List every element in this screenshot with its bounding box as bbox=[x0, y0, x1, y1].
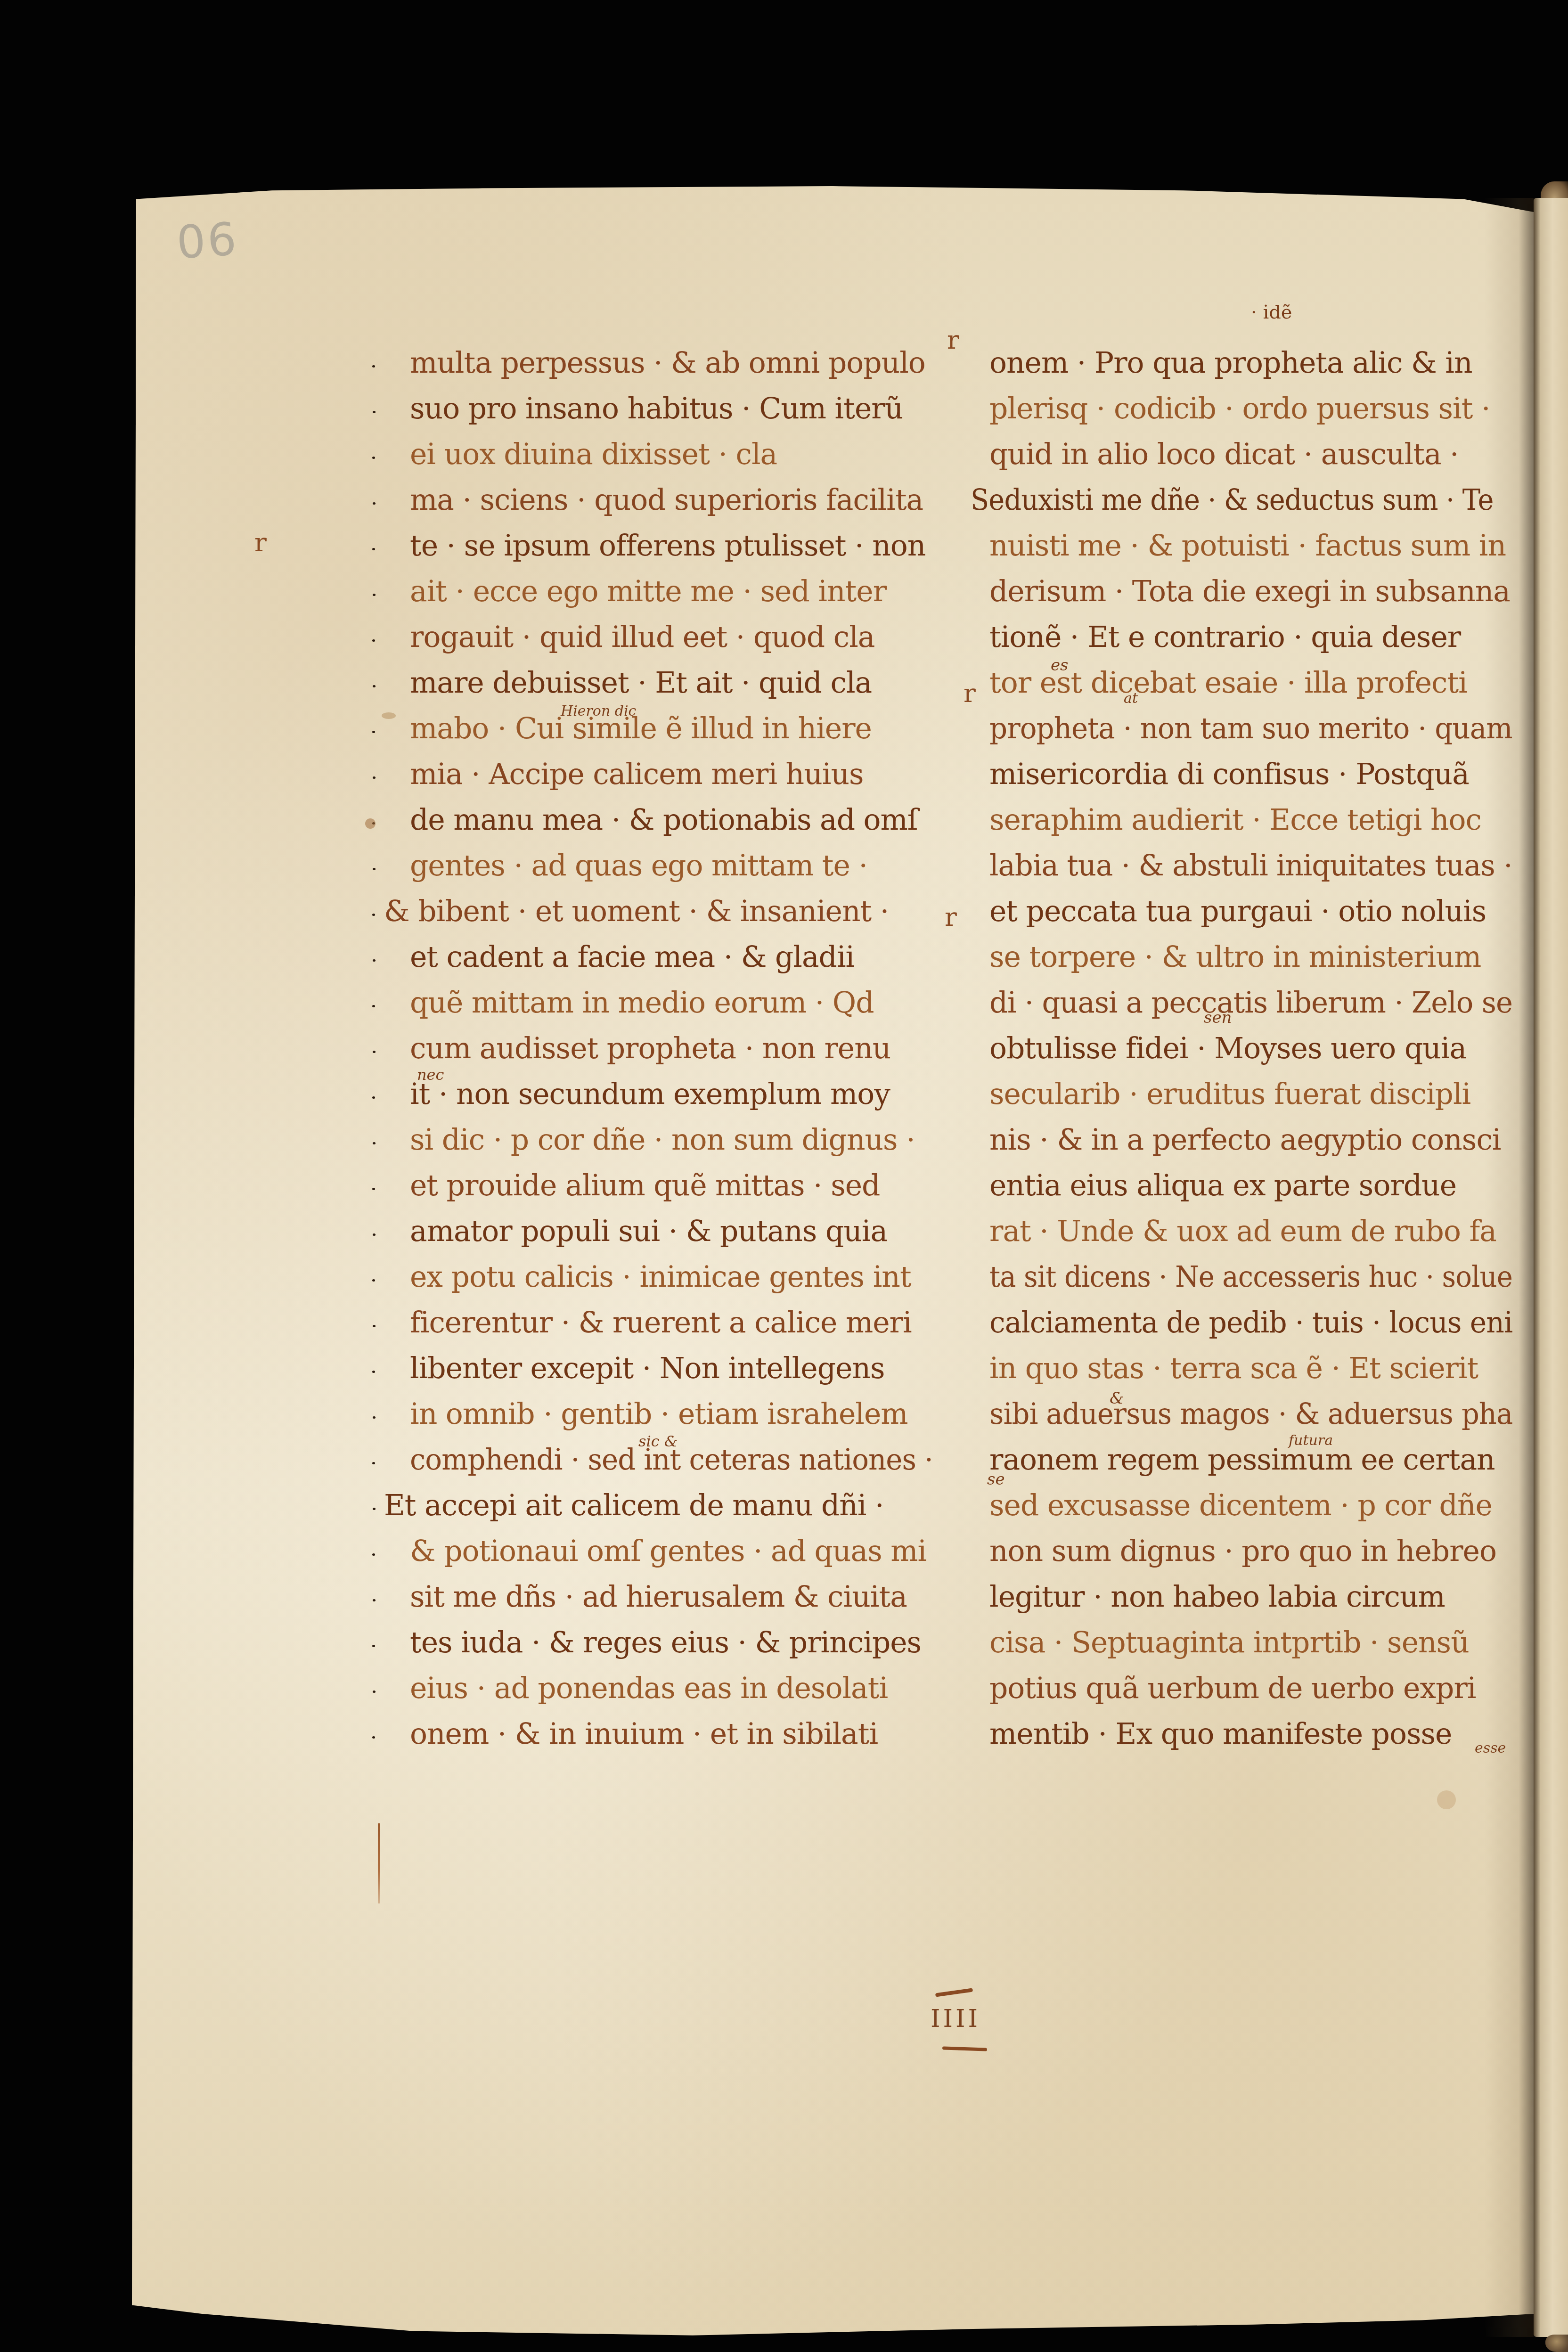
manuscript-line: cisa · Septuaginta intprtib · sensũ bbox=[989, 1624, 1512, 1661]
interlinear-gloss: es bbox=[1051, 656, 1069, 675]
pricking-hole bbox=[372, 1005, 375, 1007]
pricking-hole bbox=[372, 548, 375, 550]
manuscript-line: plerisq · codicib · ordo puersus sit · bbox=[989, 390, 1512, 427]
manuscript-line: mia · Accipe calicem meri huius bbox=[410, 755, 933, 793]
pricking-hole bbox=[372, 1371, 375, 1373]
interlinear-gloss: & bbox=[1110, 1389, 1124, 1408]
pricking-hole bbox=[372, 1645, 375, 1647]
manuscript-line: secularib · eruditus fuerat discipli bbox=[989, 1075, 1512, 1113]
manuscript-line: sit me dñs · ad hierusalem & ciuita bbox=[410, 1578, 933, 1616]
pricking-hole bbox=[373, 776, 376, 779]
manuscript-line: in quo stas · terra sca ẽ · Et scierit bbox=[989, 1349, 1512, 1387]
pricking-hole bbox=[372, 731, 375, 733]
pricking-hole bbox=[372, 1096, 375, 1099]
pricking-hole bbox=[372, 365, 375, 367]
pricking-hole bbox=[373, 1051, 376, 1053]
interlinear-gloss: at bbox=[1124, 690, 1138, 707]
pricking-hole bbox=[373, 1142, 376, 1144]
manuscript-line: Et accepi ait calicem de manu dñi · bbox=[384, 1486, 907, 1524]
pricking-hole bbox=[372, 914, 375, 916]
manuscript-line: amator populi sui · & putans quia bbox=[410, 1212, 933, 1250]
pricking-hole bbox=[372, 1188, 375, 1190]
manuscript-line: ficerentur · & ruerent a calice meri bbox=[410, 1304, 933, 1341]
interlinear-gloss: esse bbox=[1475, 1740, 1506, 1756]
manuscript-line: et prouide alium quẽ mittas · sed bbox=[410, 1167, 933, 1204]
marginal-r-mark: r bbox=[945, 902, 957, 932]
manuscript-line: rogauit · quid illud eet · quod cla bbox=[410, 618, 933, 656]
manuscript-line: ei uox diuina dixisset · cla bbox=[410, 435, 933, 473]
ink-stain bbox=[382, 712, 396, 719]
header-gloss: · idẽ bbox=[1251, 302, 1292, 323]
adjacent-leaf-edge bbox=[1534, 198, 1568, 2337]
pricking-hole bbox=[373, 502, 376, 505]
manuscript-line: nuisti me · & potuisti · factus sum in bbox=[989, 527, 1512, 564]
manuscript-line: et cadent a facie mea · & gladii bbox=[410, 938, 933, 976]
manuscript-line: it · non secundum exemplum moy bbox=[410, 1075, 933, 1113]
manuscript-line: libenter excepit · Non intellegens bbox=[410, 1349, 933, 1387]
manuscript-line: in omnib · gentib · etiam israhelem bbox=[410, 1395, 933, 1433]
manuscript-line: seraphim audierit · Ecce tetigi hoc bbox=[989, 801, 1512, 839]
manuscript-line: gentes · ad quas ego mittam te · bbox=[410, 847, 933, 884]
manuscript-line: mentib · Ex quo manifeste posse bbox=[989, 1715, 1512, 1753]
manuscript-line: onem · & in inuium · et in sibilati bbox=[410, 1715, 933, 1753]
pricking-hole bbox=[372, 457, 375, 459]
manuscript-line: ma · sciens · quod superioris facilita bbox=[410, 481, 933, 519]
pricking-hole bbox=[372, 1279, 375, 1282]
manuscript-line: se torpere · & ultro in ministerium bbox=[989, 938, 1512, 976]
pricking-hole bbox=[373, 1690, 376, 1693]
manuscript-line: obtulisse fidei · Moyses uero quia bbox=[989, 1029, 1512, 1067]
pricking-hole bbox=[372, 639, 375, 642]
marginal-r-mark: r bbox=[254, 528, 267, 557]
manuscript-line: labia tua · & abstuli iniquitates tuas · bbox=[989, 847, 1508, 884]
interlinear-gloss: Hieron dic bbox=[561, 703, 636, 719]
folio-number-pencil: 06 bbox=[175, 212, 240, 269]
interlinear-gloss: sen bbox=[1204, 1008, 1232, 1027]
manuscript-line: ta sit dicens · Ne accesseris huc · solu… bbox=[989, 1258, 1480, 1296]
manuscript-line: eius · ad ponendas eas in desolati bbox=[410, 1669, 933, 1707]
quire-signature: IIII bbox=[931, 2005, 980, 2033]
manuscript-line: onem · Pro qua propheta alic & in bbox=[989, 344, 1512, 382]
binding-thread-bottom bbox=[1545, 2335, 1568, 2352]
manuscript-line: de manu mea · & potionabis ad omſ bbox=[410, 801, 933, 839]
manuscript-line: calciamenta de pedib · tuis · locus eni bbox=[989, 1304, 1500, 1341]
interlinear-gloss: nec bbox=[417, 1066, 444, 1084]
manuscript-line: quẽ mittam in medio eorum · Qd bbox=[410, 984, 933, 1021]
manuscript-line: quid in alio loco dicat · ausculta · bbox=[989, 435, 1512, 473]
manuscript-line: si dic · p cor dñe · non sum dignus · bbox=[410, 1121, 933, 1159]
pricking-hole bbox=[373, 1508, 376, 1510]
manuscript-line: raonem regem pessimum ee certan bbox=[989, 1441, 1512, 1478]
manuscript-line: misericordia di confisus · Postquã bbox=[989, 755, 1512, 793]
manuscript-line: & potionaui omſ gentes · ad quas mi bbox=[410, 1532, 933, 1570]
margin-ruling-stroke bbox=[378, 1823, 380, 1903]
manuscript-line: sed excusasse dicentem · p cor dñe bbox=[989, 1486, 1512, 1524]
marginal-r-mark: r bbox=[964, 678, 976, 708]
manuscript-line: sibi aduersus magos · & aduersus pha bbox=[989, 1395, 1494, 1433]
pricking-hole bbox=[372, 1736, 375, 1739]
manuscript-line: di · quasi a peccatis liberum · Zelo se bbox=[989, 984, 1507, 1021]
manuscript-line: nis · & in a perfecto aegyptio consci bbox=[989, 1121, 1512, 1159]
manuscript-line: cum audisset propheta · non renu bbox=[410, 1029, 933, 1067]
pricking-hole bbox=[372, 1462, 375, 1464]
ink-stain bbox=[365, 818, 376, 829]
manuscript-line: potius quã uerbum de uerbo expri bbox=[989, 1669, 1512, 1707]
manuscript-line: entia eius aliqua ex parte sordue bbox=[989, 1167, 1512, 1204]
manuscript-line: rat · Unde & uox ad eum de rubo fa bbox=[989, 1212, 1512, 1250]
manuscript-line: ait · ecce ego mitte me · sed inter bbox=[410, 572, 933, 610]
interlinear-gloss: se bbox=[987, 1470, 1005, 1489]
manuscript-line: & bibent · et uoment · & insanient · bbox=[384, 892, 907, 930]
pricking-hole bbox=[373, 959, 376, 962]
manuscript-line: ex potu calicis · inimicae gentes int bbox=[410, 1258, 933, 1296]
pricking-hole bbox=[373, 1325, 376, 1327]
manuscript-line: non sum dignus · pro quo in hebreo bbox=[989, 1532, 1512, 1570]
marginal-r-mark: r bbox=[947, 325, 959, 355]
manuscript-line: mare debuisset · Et ait · quid cla bbox=[410, 664, 933, 702]
interlinear-gloss: sic & bbox=[638, 1432, 678, 1450]
pricking-hole bbox=[373, 1599, 376, 1601]
ink-stain bbox=[1437, 1790, 1456, 1809]
manuscript-line: multa perpessus · & ab omni populo bbox=[410, 344, 933, 382]
manuscript-line: suo pro insano habitus · Cum iterũ bbox=[410, 390, 933, 427]
pricking-hole bbox=[373, 1233, 376, 1236]
manuscript-line: te · se ipsum offerens ptulisset · non bbox=[410, 527, 933, 564]
manuscript-line: propheta · non tam suo merito · quam bbox=[989, 710, 1496, 747]
manuscript-line: derisum · Tota die exegi in subsanna bbox=[989, 572, 1512, 610]
pricking-hole bbox=[373, 411, 376, 413]
manuscript-line: tionẽ · Et e contrario · quia deser bbox=[989, 618, 1512, 656]
pricking-hole bbox=[372, 1553, 375, 1556]
pricking-hole bbox=[373, 868, 376, 870]
interlinear-gloss: futura bbox=[1289, 1432, 1333, 1449]
pricking-hole bbox=[373, 594, 376, 596]
manuscript-line: tes iuda · & reges eius · & principes bbox=[410, 1624, 933, 1661]
manuscript-line: mabo · Cui simile ẽ illud in hiere bbox=[410, 710, 933, 747]
pricking-hole bbox=[373, 1416, 376, 1419]
pricking-hole bbox=[373, 685, 376, 687]
manuscript-line: Seduxisti me dñe · & seductus sum · Te bbox=[971, 481, 1459, 519]
manuscript-line: legitur · non habeo labia circum bbox=[989, 1578, 1512, 1616]
manuscript-line: et peccata tua purgaui · otio noluis bbox=[989, 892, 1512, 930]
